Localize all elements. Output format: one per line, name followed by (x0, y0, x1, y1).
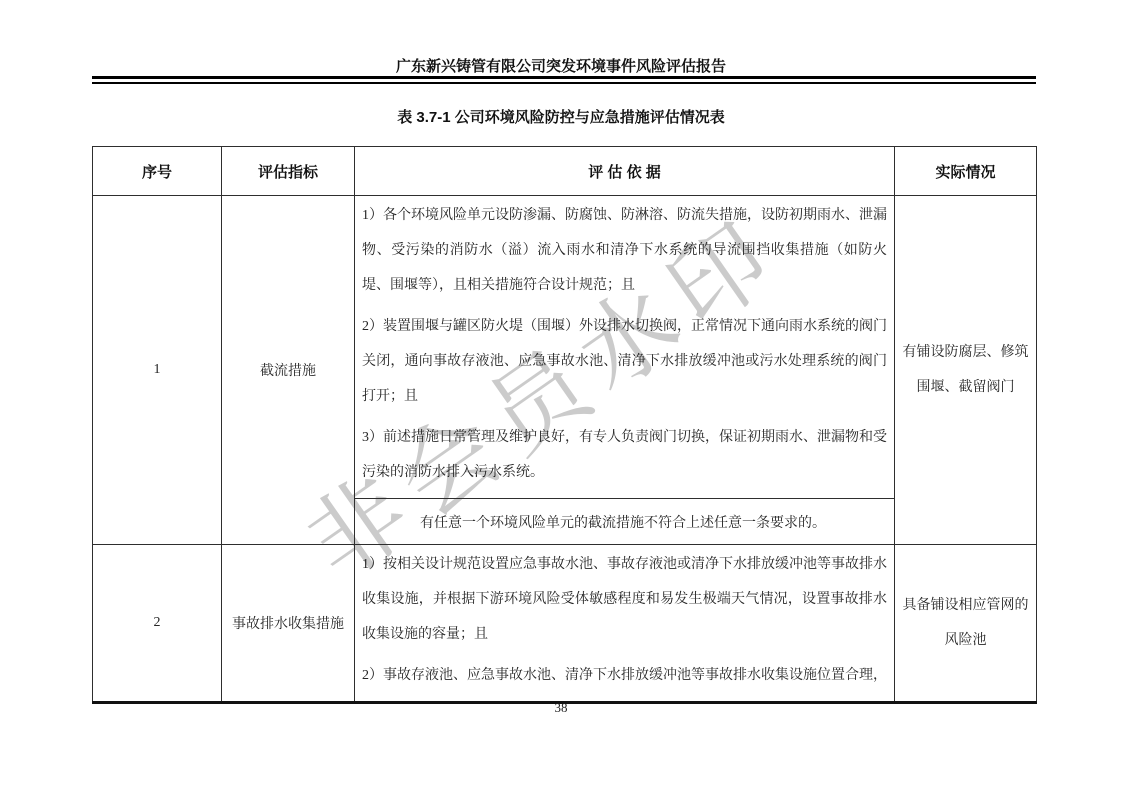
row2-actual-cell: 具备铺设相应管网的风险池 (895, 545, 1037, 703)
header-divider-rule (92, 76, 1036, 84)
row2-indicator-cell: 事故排水收集措施 (222, 545, 355, 703)
row2-criteria-paragraph-2: 2）事故存液池、应急事故水池、清净下水排放缓冲池等事故排水收集设施位置合理， (362, 658, 887, 693)
table-caption: 表 3.7-1 公司环境风险防控与应急措施评估情况表 (0, 106, 1122, 127)
row1-criteria-paragraph-3: 3）前述措施日常管理及维护良好，有专人负责阀门切换，保证初期雨水、泄漏物和受污染… (362, 420, 887, 490)
table-header-row: 序号 评估指标 评 估 依 据 实际情况 (93, 147, 1037, 196)
row2-criteria-paragraph-1: 1）按相关设计规范设置应急事故水池、事故存液池或清净下水排放缓冲池等事故排水收集… (362, 547, 887, 652)
row2-criteria-cell: 1）按相关设计规范设置应急事故水池、事故存液池或清净下水排放缓冲池等事故排水收集… (355, 545, 895, 703)
row1-actual-cell: 有铺设防腐层、修筑围堰、截留阀门 (895, 196, 1037, 545)
row2-index-cell: 2 (93, 545, 222, 703)
row1-criteria-footnote-cell: 有任意一个环境风险单元的截流措施不符合上述任意一条要求的。 (355, 499, 895, 545)
table-row-1: 1 截流措施 1）各个环境风险单元设防渗漏、防腐蚀、防淋溶、防流失措施，设防初期… (93, 196, 1037, 499)
column-header-actual: 实际情况 (895, 147, 1037, 196)
row1-indicator-cell: 截流措施 (222, 196, 355, 545)
row1-criteria-cell: 1）各个环境风险单元设防渗漏、防腐蚀、防淋溶、防流失措施，设防初期雨水、泄漏物、… (355, 196, 895, 499)
column-header-criteria: 评 估 依 据 (355, 147, 895, 196)
page-number: 38 (0, 700, 1122, 716)
document-page: 非会员水印 广东新兴铸管有限公司突发环境事件风险评估报告 表 3.7-1 公司环… (0, 0, 1122, 793)
column-header-index: 序号 (93, 147, 222, 196)
column-header-indicator: 评估指标 (222, 147, 355, 196)
page-header-title: 广东新兴铸管有限公司突发环境事件风险评估报告 (0, 55, 1122, 76)
row1-criteria-paragraph-1: 1）各个环境风险单元设防渗漏、防腐蚀、防淋溶、防流失措施，设防初期雨水、泄漏物、… (362, 198, 887, 303)
table-row-2: 2 事故排水收集措施 1）按相关设计规范设置应急事故水池、事故存液池或清净下水排… (93, 545, 1037, 703)
row1-criteria-paragraph-2: 2）装置围堰与罐区防火堤（围堰）外设排水切换阀，正常情况下通向雨水系统的阀门关闭… (362, 309, 887, 414)
row1-index-cell: 1 (93, 196, 222, 545)
assessment-table: 序号 评估指标 评 估 依 据 实际情况 1 截流措施 1）各个环境风险单元设防… (92, 146, 1037, 704)
